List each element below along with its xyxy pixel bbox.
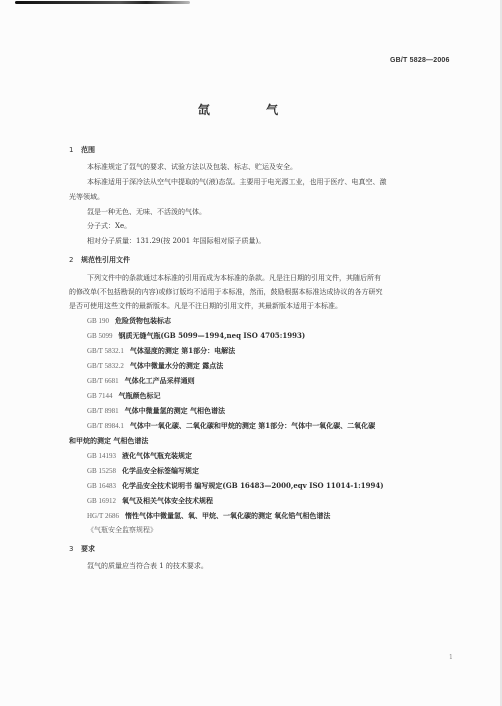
reference-item: GB 15258化学品安全标签编写规定 (87, 466, 199, 476)
standard-code: GB/T 5828—2006 (390, 57, 450, 64)
reference-item: GB 14193液化气体气瓶充装规定 (87, 451, 192, 461)
reference-item: GB/T 8981气体中微量氢的测定 气相色谱法 (87, 406, 225, 416)
section-title: 规范性引用文件 (81, 256, 130, 264)
section-number: 3 (69, 545, 81, 553)
section-title: 要求 (81, 545, 95, 553)
paragraph: 分子式：Xe。 (87, 222, 131, 231)
section-number: 2 (69, 256, 81, 264)
paragraph: 下列文件中的条款通过本标准的引用而成为本标准的条款。凡是注日期的引用文件，其随后… (87, 274, 381, 283)
reference-item: GB 5099钢质无缝气瓶(GB 5099—1994,neq ISO 4705:… (87, 331, 305, 341)
reference-item: GB 190危险货物包装标志 (87, 316, 171, 326)
section-number: 1 (69, 146, 81, 154)
paragraph: 的修改单(不包括勘误的内容)或修订版均不适用于本标准，然而，鼓励根据本标准达成协… (69, 288, 382, 297)
reference-item: GB 16483化学品安全技术说明书 编写规定(GB 16483—2000,eq… (87, 481, 384, 491)
reference-item: GB 16912氧气及相关气体安全技术规程 (87, 496, 213, 506)
paragraph: 本标准适用于深冷法从空气中提取的气(液)态氙。主要用于电光源工业，也用于医疗、电… (87, 178, 386, 187)
reference-item: GB/T 8984.1气体中一氧化碳、二氧化碳和甲烷的测定 第1部分：气体中一氧… (87, 421, 375, 431)
paragraph: 本标准规定了氙气的要求、试验方法以及包装、标志、贮运及安全。 (87, 163, 297, 172)
section-title: 范围 (81, 146, 95, 154)
paragraph: 相对分子质量：131.29(按 2001 年国际相对原子质量)。 (87, 237, 265, 246)
reference-item: GB/T 6681气体化工产品采样通则 (87, 376, 195, 386)
reference-item: GB/T 5832.1气体湿度的测定 第1部分：电解法 (87, 346, 235, 356)
paragraph: 氙气的质量应当符合表 1 的技术要求。 (87, 562, 208, 571)
section-heading-normative-references: 2规范性引用文件 (69, 255, 130, 265)
section-heading-requirements: 3要求 (69, 544, 95, 554)
paragraph: 是否可使用这些文件的最新版本。凡是不注日期的引用文件，其最新版本适用于本标准。 (69, 302, 342, 311)
document-page: GB/T 5828—2006 氙 气 1范围 本标准规定了氙气的要求、试验方法以… (0, 0, 502, 706)
section-heading-scope: 1范围 (69, 145, 95, 155)
document-title: 氙 气 (0, 101, 502, 118)
reference-item: GB/T 5832.2气体中微量水分的测定 露点法 (87, 361, 223, 371)
reference-continuation: 和甲烷的测定 气相色谱法 (69, 436, 148, 446)
reference-item: GB 7144气瓶颜色标记 (87, 391, 160, 401)
paragraph: 氙是一种无色、无味、不活泼的气体。 (87, 208, 206, 217)
paragraph: 光等领域。 (69, 193, 104, 202)
page-number: 1 (449, 654, 453, 661)
scan-artifact (15, 1, 190, 4)
reference-item: 《气瓶安全监察规程》 (87, 526, 157, 535)
reference-item: HG/T 2686惰性气体中微量氢、氧、甲烷、一氧化碳的测定 氧化锆气相色谱法 (87, 511, 330, 521)
